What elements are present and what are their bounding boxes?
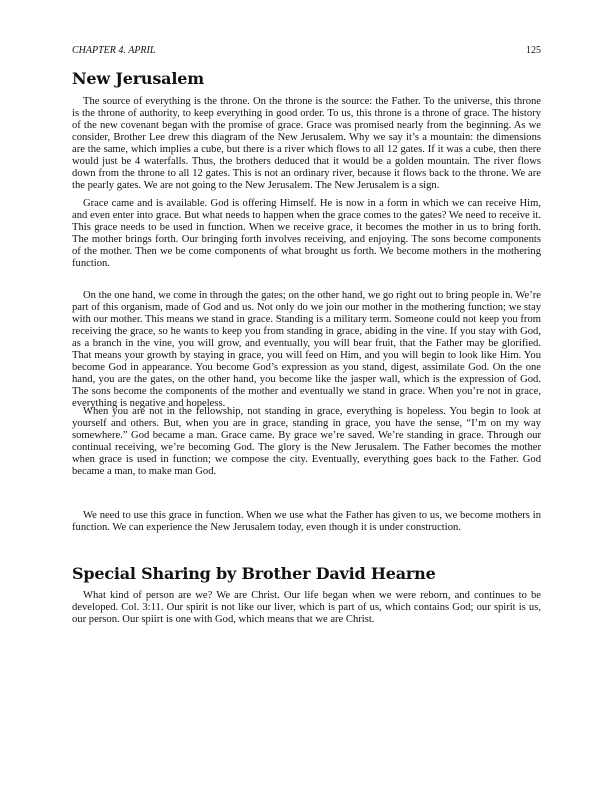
section-heading-special-sharing: Special Sharing by Brother David Hearne [72,564,436,583]
paragraph: Grace came and is available. God is offe… [72,198,541,270]
running-header: CHAPTER 4. APRIL 125 [72,45,541,59]
paragraph: What kind of person are we? We are Chris… [72,590,541,626]
paragraph: The source of everything is the throne. … [72,96,541,192]
paragraph: On the one hand, we come in through the … [72,290,541,410]
paragraph: When you are not in the fellowship, not … [72,406,541,478]
section-heading-new-jerusalem: New Jerusalem [72,69,204,88]
page-number: 125 [526,45,541,56]
paragraph: We need to use this grace in function. W… [72,510,541,534]
chapter-label: CHAPTER 4. APRIL [72,45,155,56]
